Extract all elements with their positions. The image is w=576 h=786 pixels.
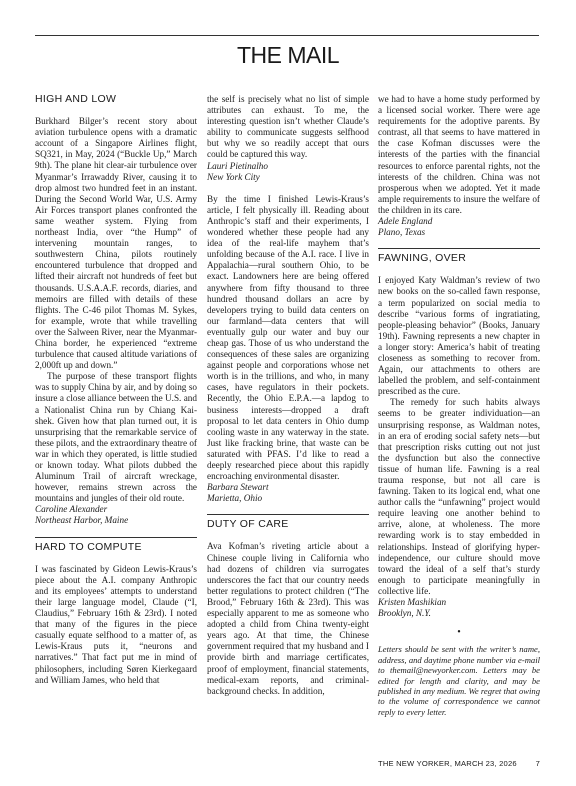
column-3: we had to have a home study performed by… (378, 94, 540, 717)
signature-name: Adele England (378, 216, 540, 227)
section-divider (35, 537, 197, 538)
separator-bullet: • (378, 627, 540, 638)
page-number: 7 (536, 759, 540, 768)
column-1: HIGH AND LOW Burkhard Bilger’s recent st… (35, 94, 197, 686)
signature-location: Plano, Texas (378, 227, 540, 238)
submission-note-text: Letters should be sent with the writer’s… (378, 644, 540, 716)
signature-name: Lauri Pietinalho (207, 161, 369, 172)
signature-name: Barbara Stewart (207, 482, 369, 493)
letter-paragraph: Ava Kofman’s riveting article about a Ch… (207, 541, 369, 696)
letter-paragraph: By the time I finished Lewis-Kraus’s art… (207, 194, 369, 482)
column-2: the self is precisely what no list of si… (207, 94, 369, 697)
letter-heading: HIGH AND LOW (35, 94, 197, 105)
letter-paragraph: The remedy for such habits always seems … (378, 397, 540, 597)
letter-paragraph-continued: the self is precisely what no list of si… (207, 94, 369, 161)
signature-location: Brooklyn, N.Y. (378, 608, 540, 619)
signature-location: New York City (207, 172, 369, 183)
letter-heading: HARD TO COMPUTE (35, 542, 197, 553)
signature-name: Kristen Mashikian (378, 597, 540, 608)
signature-name: Caroline Alexander (35, 504, 197, 515)
section-divider (378, 248, 540, 249)
letter-paragraph-start: I was fascinated by Gideon Lewis-Kraus’s… (35, 564, 197, 686)
section-divider (207, 514, 369, 515)
letter-heading: FAWNING, OVER (378, 253, 540, 264)
letter-paragraph-continued: we had to have a home study performed by… (378, 94, 540, 216)
letter-paragraph: Burkhard Bilger’s recent story about avi… (35, 116, 197, 371)
signature-location: Northeast Harbor, Maine (35, 515, 197, 526)
page-title: THE MAIL (0, 42, 576, 69)
submission-note: Letters should be sent with the writer’s… (378, 644, 540, 717)
publication-date: THE NEW YORKER, MARCH 23, 2026 (378, 759, 517, 768)
letter-paragraph: The purpose of these transport flights w… (35, 371, 197, 504)
letter-heading: DUTY OF CARE (207, 519, 369, 530)
page-footer: THE NEW YORKER, MARCH 23, 2026 7 (378, 759, 540, 768)
letter-paragraph: I enjoyed Katy Waldman’s review of two n… (378, 275, 540, 397)
masthead-rule (35, 35, 539, 36)
signature-location: Marietta, Ohio (207, 493, 369, 504)
